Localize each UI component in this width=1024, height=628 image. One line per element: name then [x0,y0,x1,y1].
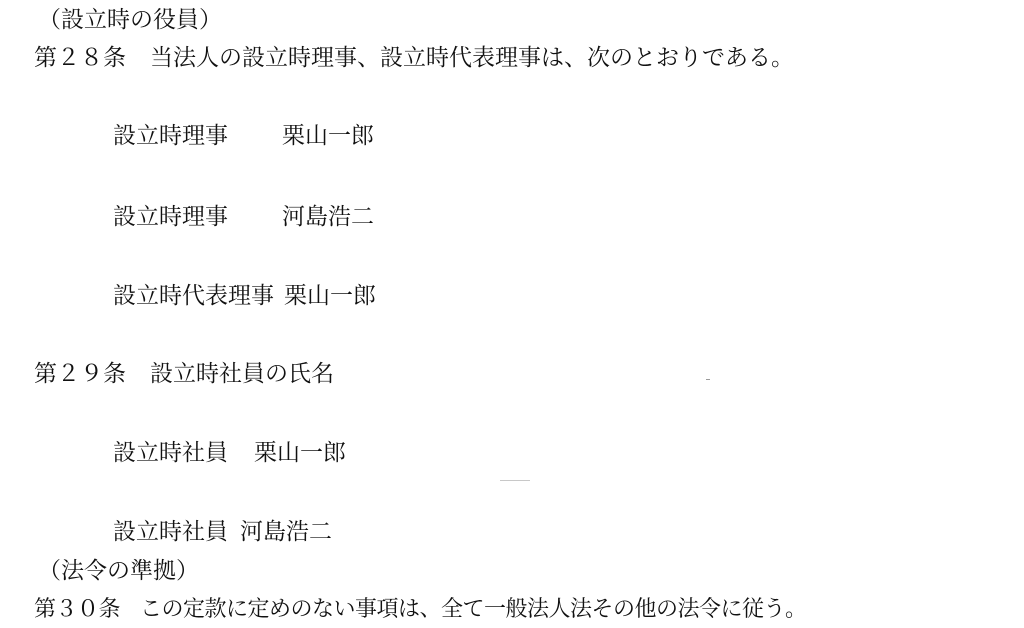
officer-role: 設立時理事 [113,204,228,230]
member-row: 設立時社員栗山一郎 [113,439,346,467]
officer-name: 栗山一郎 [284,283,376,309]
member-role: 設立時社員 [113,519,228,545]
officer-row: 設立時理事栗山一郎 [113,122,374,150]
scan-speck [706,379,710,380]
article-text: 当法人の設立時理事、設立時代表理事は、次のとおりである。 [150,45,794,71]
article-29: 第２９条設立時社員の氏名 [34,360,334,388]
article-28: 第２８条当法人の設立時理事、設立時代表理事は、次のとおりである。 [34,44,794,72]
section-heading-officers: （設立時の役員） [38,6,222,34]
member-row: 設立時社員河島浩二 [113,518,332,546]
officer-row: 設立時理事河島浩二 [113,203,374,231]
officer-name: 河島浩二 [282,204,374,230]
officer-role: 設立時理事 [113,123,228,149]
officer-row: 設立時代表理事栗山一郎 [113,282,376,310]
article-number: 第３０条 [34,597,120,622]
officer-name: 栗山一郎 [282,123,374,149]
member-role: 設立時社員 [113,440,228,466]
member-name: 栗山一郎 [254,440,346,466]
member-name: 河島浩二 [240,519,332,545]
officer-role: 設立時代表理事 [113,283,274,309]
section-heading-compliance: （法令の準拠） [38,557,199,585]
article-number: 第２８条 [34,45,126,71]
article-text: この定款に定めのない事項は、全て一般法人法その他の法令に従う。 [140,597,807,622]
article-text: 設立時社員の氏名 [150,361,334,387]
scan-speck [500,480,530,481]
article-number: 第２９条 [34,361,126,387]
article-30: 第３０条この定款に定めのない事項は、全て一般法人法その他の法令に従う。 [34,596,807,624]
